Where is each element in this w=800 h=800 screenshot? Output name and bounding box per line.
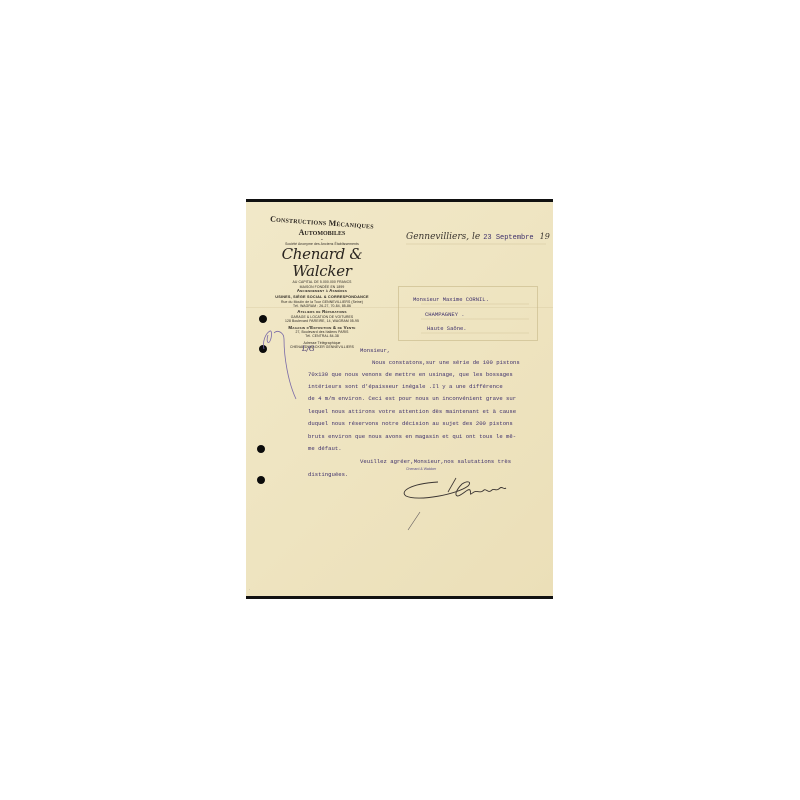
body-line: bruts environ que nous avons en magasin … <box>308 434 516 440</box>
body-line: duquel nous réservons notre décision au … <box>308 421 513 427</box>
reference-initials: L/G <box>302 345 315 353</box>
corner-mark: ʻ <box>249 589 250 593</box>
signature <box>398 472 518 532</box>
salutation: Monsieur, <box>360 348 390 354</box>
signature-stamp: Chenard & Walcker <box>406 467 436 471</box>
recipient-line2: CHAMPAGNEY . <box>425 311 465 318</box>
body-line: de 4 m/m environ. Ceci est pour nous un … <box>308 396 516 402</box>
recipient-address-box: Monsieur Maxime CORNIL. CHAMPAGNEY . Hau… <box>398 286 538 341</box>
letter-year: 19 <box>540 232 550 241</box>
punch-hole <box>257 445 265 453</box>
body-line: intérieurs sont d'épaisseur inégale .Il … <box>308 384 503 390</box>
body-line: Nous constatons,sur une série de 100 pis… <box>372 360 520 366</box>
body-line: 70x130 que nous venons de mettre en usin… <box>308 372 513 378</box>
date-underline <box>406 243 546 245</box>
letterhead-section1-phone: Tél. WAGRAM : 26-27, 70-84, 85-86 <box>252 304 392 308</box>
closing-line2: distinguées. <box>308 472 348 478</box>
letter-date: 23 Septembre <box>483 234 533 242</box>
handwritten-mark <box>260 327 300 407</box>
body-line: me défaut. <box>308 446 342 452</box>
recipient-line3: Haute Saône. <box>427 325 467 332</box>
recipient-line1: Monsieur Maxime CORNIL. <box>413 296 489 303</box>
body-line: lequel nous attirons votre attention dès… <box>308 409 516 415</box>
letter-page: Constructions Mécaniques Automobiles • S… <box>246 199 553 599</box>
place-date-line: Gennevilliers, le23 Septembre19 <box>406 231 550 242</box>
letterhead-brand: Chenard & Walcker <box>252 246 392 280</box>
punch-hole <box>257 476 265 484</box>
place-label: Gennevilliers, le <box>406 232 480 242</box>
closing-line1: Veuillez agréer,Monsieur,nos salutations… <box>360 459 511 465</box>
